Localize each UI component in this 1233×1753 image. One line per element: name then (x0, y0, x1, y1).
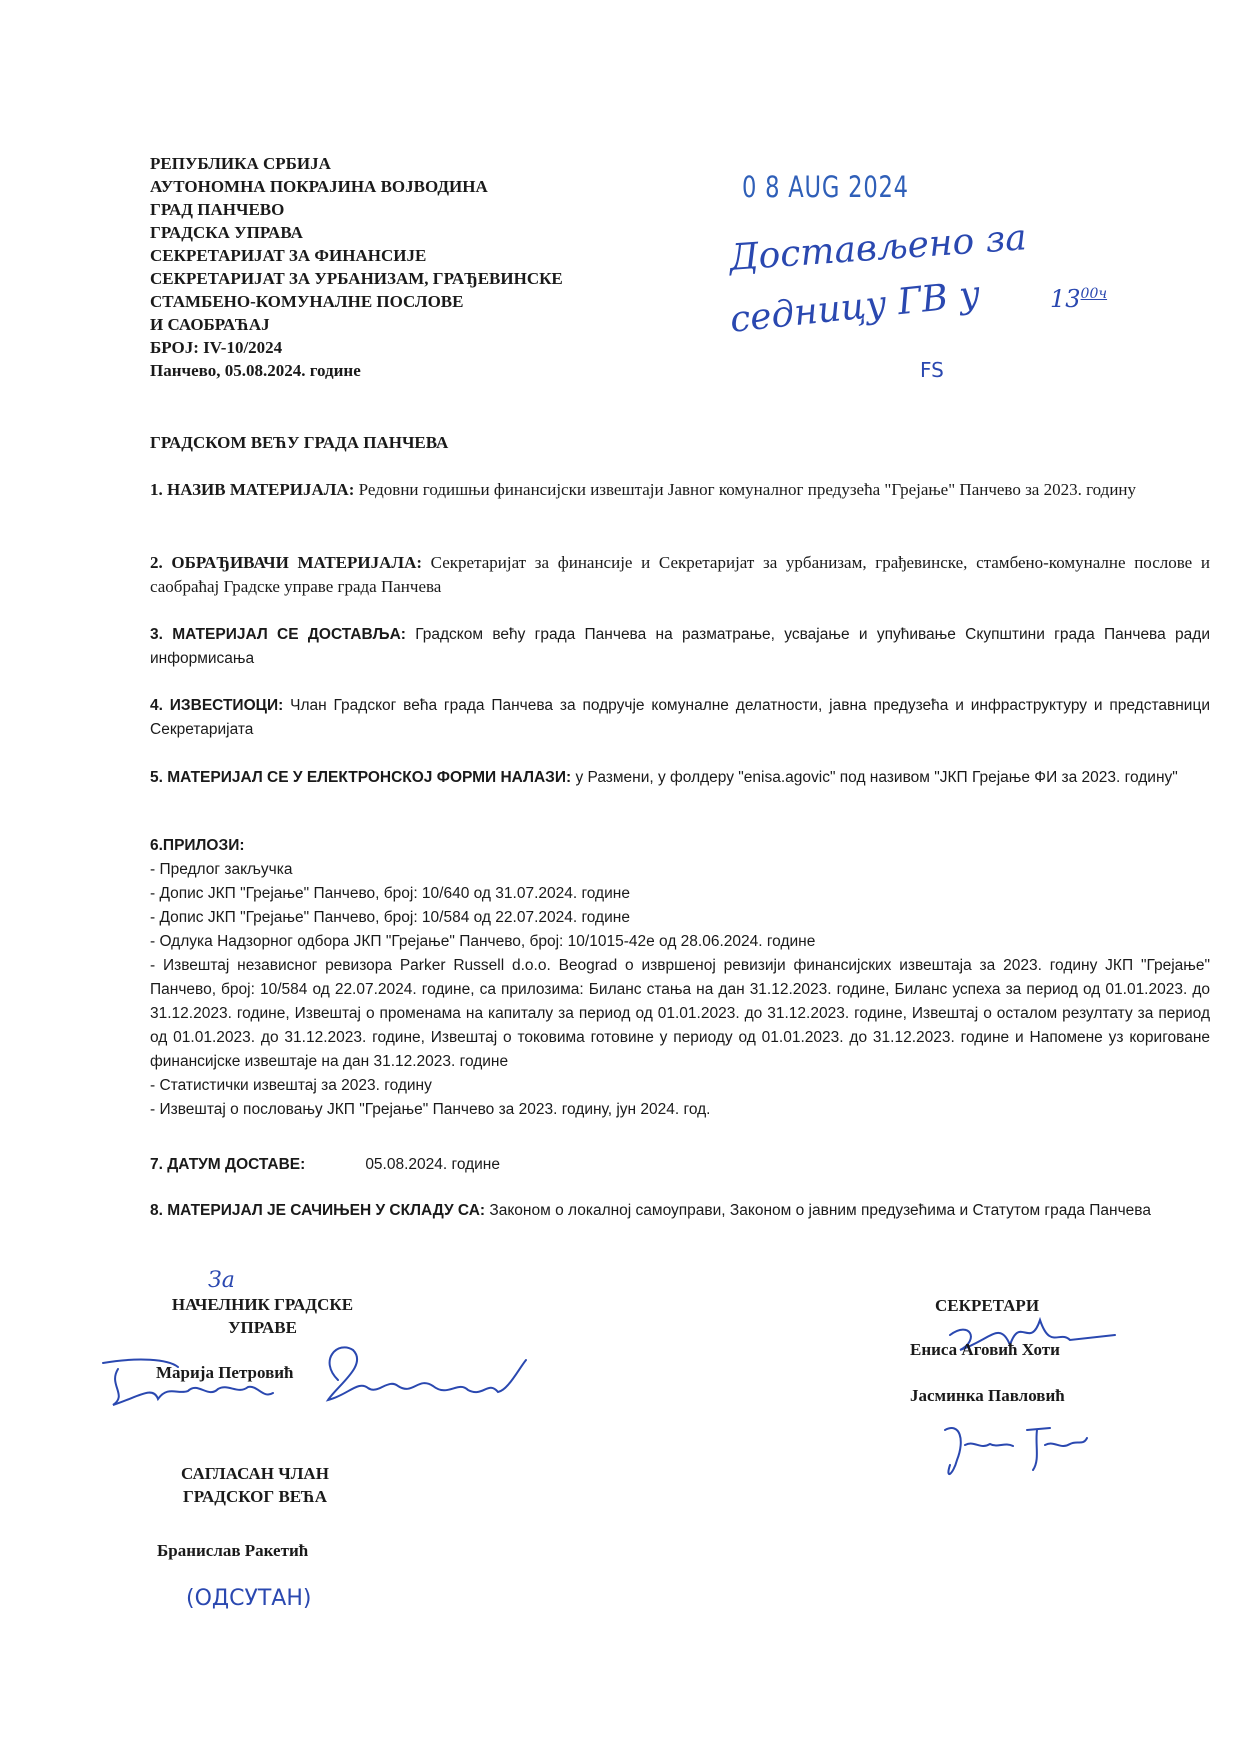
title-line: УПРАВЕ (150, 1316, 375, 1339)
council-member-title: САГЛАСАН ЧЛАН ГРАДСКОГ ВЕЋА (150, 1462, 360, 1508)
secretary-name-1: Eниса Аговић Хоти (910, 1340, 1060, 1360)
council-member-name: Бранислав Ракетић (157, 1541, 308, 1561)
header-line: РЕПУБЛИКА СРБИЈА (150, 152, 563, 175)
section-legal-basis: 8. МАТЕРИЈАЛ ЈЕ САЧИЊЕН У СКЛАДУ СА: Зак… (150, 1199, 1210, 1223)
attachment-item: - Одлука Надзорног одбора ЈКП "Грејање" … (150, 930, 1210, 954)
document-number: БРОЈ: IV-10/2024 (150, 336, 563, 359)
signatory-title-left: НАЧЕЛНИК ГРАДСКЕ УПРАВЕ (150, 1293, 375, 1339)
handwritten-initials: FS (920, 358, 944, 382)
title-line: НАЧЕЛНИК ГРАДСКЕ (150, 1293, 375, 1316)
section-text: Законом о локалној самоуправи, Законом о… (485, 1202, 1151, 1219)
title-line: САГЛАСАН ЧЛАН (150, 1462, 360, 1485)
section-delivery-date: 7. ДАТУМ ДОСТАВЕ:05.08.2024. године (150, 1153, 1210, 1177)
signature-right-2 (935, 1420, 1095, 1485)
section-label: 7. ДАТУМ ДОСТАВЕ: (150, 1156, 305, 1173)
signature-left-2 (318, 1340, 528, 1410)
section-label: 5. МАТЕРИЈАЛ СЕ У ЕЛЕКТРОНСКОЈ ФОРМИ НАЛ… (150, 769, 571, 786)
handwritten-absent-note: (ОДСУТАН) (186, 1586, 311, 1611)
handwritten-note-line1: Достављено за (728, 217, 1028, 279)
section-electronic-location: 5. МАТЕРИЈАЛ СЕ У ЕЛЕКТРОНСКОЈ ФОРМИ НАЛ… (150, 766, 1210, 790)
section-label: 4. ИЗВЕСТИОЦИ: (150, 697, 283, 714)
secretary-name-2: Јасминка Павловић (910, 1386, 1065, 1406)
note-time-suffix: 00ч (1081, 286, 1108, 302)
section-label: 6.ПРИЛОЗИ: (150, 837, 245, 854)
header-line: ГРАДСКА УПРАВА (150, 221, 563, 244)
attachment-item: - Извештај о пословању ЈКП "Грејање" Пан… (150, 1098, 1210, 1122)
header-line: СТАМБЕНО-КОМУНАЛНЕ ПОСЛОВЕ (150, 290, 563, 313)
handwritten-note-line2: седницу ГВ у (728, 274, 982, 341)
delivery-date-value: 05.08.2024. године (365, 1156, 500, 1173)
note-time-hour: 13 (1050, 285, 1081, 313)
addressee: ГРАДСКОМ ВЕЋУ ГРАДА ПАНЧЕВА (150, 433, 448, 453)
attachment-item: - Извештај независног ревизора Parker Ru… (150, 954, 1210, 1074)
handwritten-on-behalf: За (208, 1268, 235, 1293)
attachment-item: - Предлог закључка (150, 858, 1210, 882)
header-line: АУТОНОМНА ПОКРАЈИНА ВОЈВОДИНА (150, 175, 563, 198)
document-date: Панчево, 05.08.2024. године (150, 359, 563, 382)
section-label: 2. ОБРАЂИВАЧИ МАТЕРИЈАЛА: (150, 553, 422, 572)
handwritten-note-time: 1300ч (1050, 285, 1107, 313)
attachment-item: - Статистички извештај за 2023. годину (150, 1074, 1210, 1098)
section-material-name: 1. НАЗИВ МАТЕРИЈАЛА: Редовни годишњи фин… (150, 478, 1210, 502)
signature-left-1 (98, 1355, 278, 1415)
section-attachments: 6.ПРИЛОЗИ: - Предлог закључка - Допис ЈК… (150, 834, 1210, 1122)
received-date-stamp: 0 8 AUG 2024 (742, 170, 909, 204)
header-line: ГРАД ПАНЧЕВО (150, 198, 563, 221)
header-line: И САОБРАЋАЈ (150, 313, 563, 336)
section-prepared-by: 2. ОБРАЂИВАЧИ МАТЕРИЈАЛА: Секретаријат з… (150, 551, 1210, 599)
header-line: СЕКРЕТАРИЈАТ ЗА ФИНАНСИЈЕ (150, 244, 563, 267)
section-text: Редовни годишњи финансијски извештаји Ја… (354, 480, 1136, 499)
header-line: СЕКРЕТАРИЈАТ ЗА УРБАНИЗАМ, ГРАЂЕВИНСКЕ (150, 267, 563, 290)
issuer-header: РЕПУБЛИКА СРБИЈА АУТОНОМНА ПОКРАЈИНА ВОЈ… (150, 152, 563, 382)
title-line: ГРАДСКОГ ВЕЋА (150, 1485, 360, 1508)
attachment-item: - Допис ЈКП "Грејање" Панчево, број: 10/… (150, 882, 1210, 906)
section-text: у Размени, у фолдеру "enisa.agovic" под … (571, 769, 1178, 786)
section-label: 8. МАТЕРИЈАЛ ЈЕ САЧИЊЕН У СКЛАДУ СА: (150, 1202, 485, 1219)
section-rapporteurs: 4. ИЗВЕСТИОЦИ: Члан Градског већа града … (150, 694, 1210, 742)
attachment-item: - Допис ЈКП "Грејање" Панчево, број: 10/… (150, 906, 1210, 930)
section-text: Члан Градског већа града Панчева за подр… (150, 697, 1210, 738)
section-label: 1. НАЗИВ МАТЕРИЈАЛА: (150, 480, 354, 499)
attachments-list: - Предлог закључка - Допис ЈКП "Грејање"… (150, 858, 1210, 1122)
section-delivered-to: 3. МАТЕРИЈАЛ СЕ ДОСТАВЉА: Градском већу … (150, 623, 1210, 671)
section-label: 3. МАТЕРИЈАЛ СЕ ДОСТАВЉА: (150, 626, 406, 643)
